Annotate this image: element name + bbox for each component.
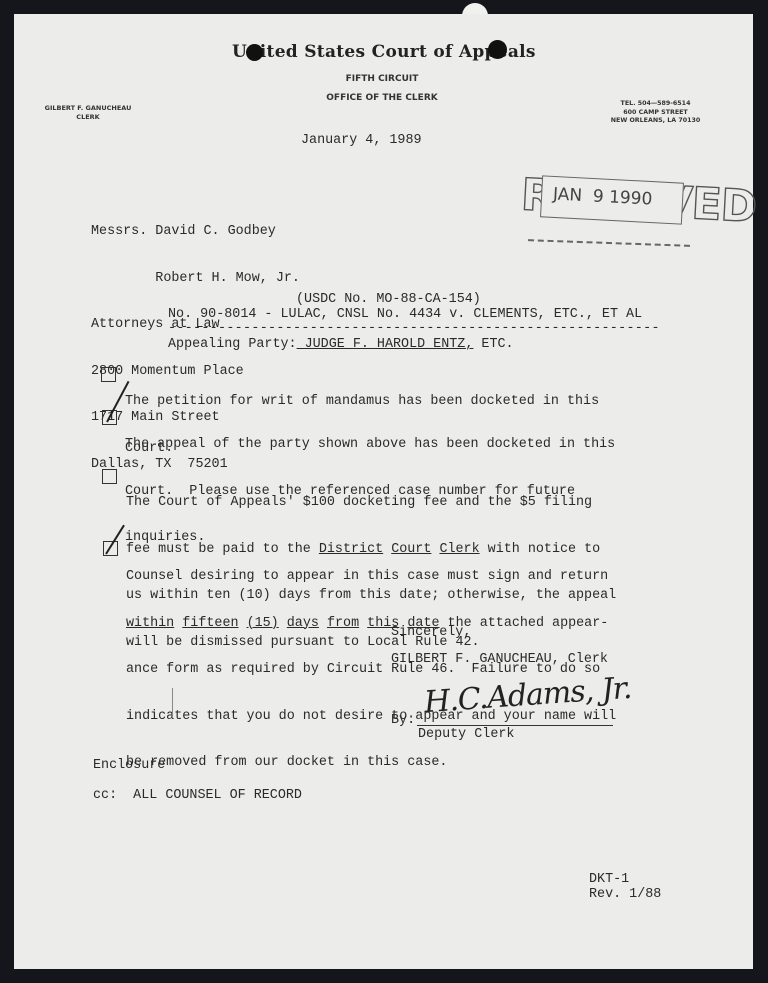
item-line: The Court of Appeals' $100 docketing fee… — [126, 495, 616, 511]
item-line: The appeal of the party shown above has … — [125, 437, 615, 453]
case-separator: ----------------------------------------… — [168, 321, 660, 337]
clerk-name: GILBERT F. GANUCHEAU — [28, 104, 148, 113]
signature-line — [417, 725, 613, 726]
court-address: TEL. 504—589-6514 600 CAMP STREET NEW OR… — [598, 100, 713, 126]
hole-punch-right — [488, 40, 507, 59]
clerk-title: CLERK — [28, 113, 148, 122]
item-line: be removed from our docket in this case. — [126, 755, 616, 771]
by-label: By: — [391, 713, 415, 729]
item-line: Counsel desiring to appear in this case … — [126, 569, 616, 585]
court-city: NEW ORLEANS, LA 70130 — [598, 117, 713, 126]
hole-punch-left — [246, 44, 263, 61]
appealing-party: Appealing Party: JUDGE F. HAROLD ENTZ, E… — [168, 337, 514, 353]
form-revision: Rev. 1/88 — [589, 887, 661, 903]
margin-mark — [172, 688, 173, 718]
appealing-party-label: Appealing Party: — [168, 337, 297, 352]
signer-title: Deputy Clerk — [418, 727, 514, 743]
closing-sincerely: Sincerely, — [391, 625, 471, 641]
item-line: within fifteen (15) days from this date … — [126, 616, 616, 632]
enclosure-note: Enclosure — [93, 758, 165, 774]
form-id: DKT-1 — [589, 872, 629, 888]
received-stamp: RECEIVED JAN 9 1990 — [521, 157, 697, 243]
closing-signer: GILBERT F. GANUCHEAU, Clerk — [391, 652, 608, 668]
office-label: OFFICE OF THE CLERK — [232, 93, 532, 103]
letter-date: January 4, 1989 — [301, 133, 422, 149]
checkbox-docketing-fee[interactable] — [102, 469, 117, 484]
usdc-number: (USDC No. MO-88-CA-154) — [296, 292, 481, 308]
court-name: United States Court of Appeals — [232, 42, 532, 62]
court-street: 600 CAMP STREET — [598, 109, 713, 118]
circuit-label: FIFTH CIRCUIT — [232, 74, 532, 84]
recipient-line: Robert H. Mow, Jr. — [91, 271, 300, 287]
recipient-line: Messrs. David C. Godbey — [91, 224, 300, 240]
clerk-heading: GILBERT F. GANUCHEAU CLERK — [28, 104, 148, 122]
court-phone: TEL. 504—589-6514 — [598, 100, 713, 109]
appealing-party-suffix: ETC. — [473, 337, 513, 352]
appealing-party-value: JUDGE F. HAROLD ENTZ, — [297, 337, 474, 352]
checkbox-mandamus[interactable] — [101, 367, 116, 382]
cc-note: cc: ALL COUNSEL OF RECORD — [93, 788, 302, 804]
